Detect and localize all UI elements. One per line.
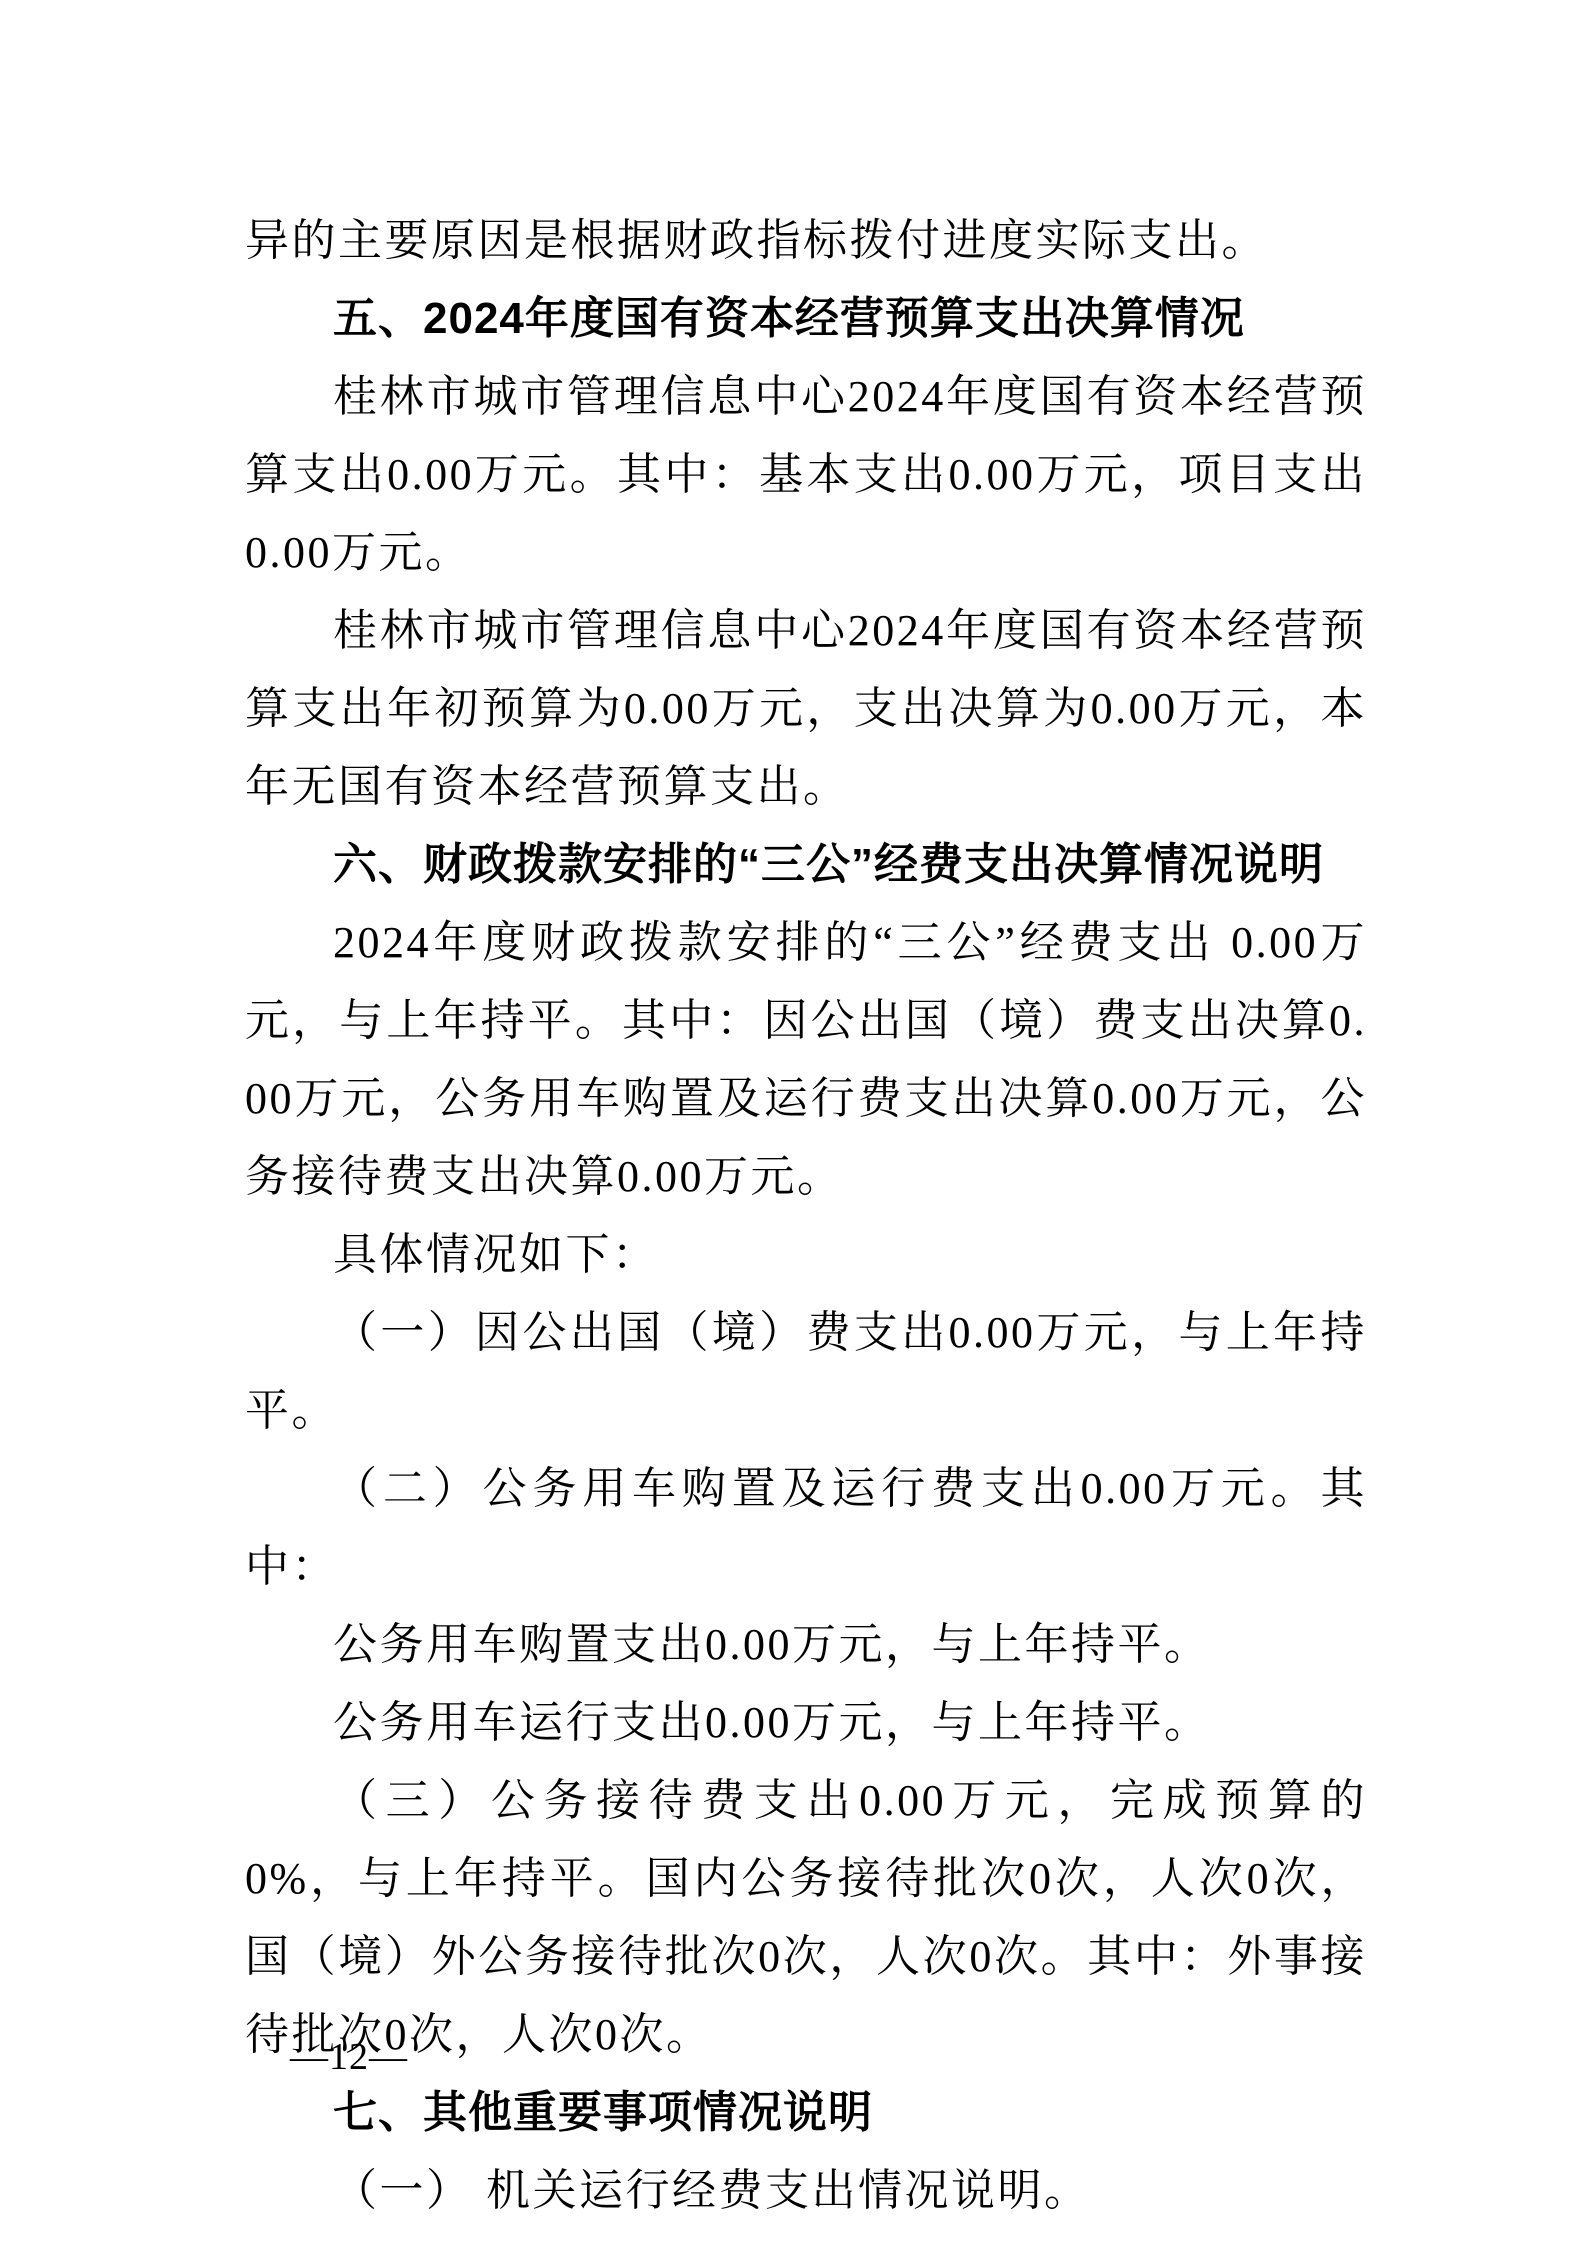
paragraph-item-3-official-reception: （三）公务接待费支出0.00万元，完成预算的0%，与上年持平。国内公务接待批次0… bbox=[245, 1762, 1367, 2074]
section-heading-6-three-public-expenses: 六、财政拨款安排的“三公”经费支出决算情况说明 bbox=[245, 826, 1367, 904]
section-heading-7-other-important-items: 七、其他重要事项情况说明 bbox=[245, 2074, 1367, 2152]
section-heading-5-state-capital-budget: 五、2024年度国有资本经营预算支出决算情况 bbox=[245, 280, 1367, 358]
page-number: —12— bbox=[290, 2036, 408, 2078]
document-page: 异的主要原因是根据财政指标拨付进度实际支出。 五、2024年度国有资本经营预算支… bbox=[0, 0, 1587, 2245]
paragraph-state-capital-budget-vs-final: 桂林市城市管理信息中心2024年度国有资本经营预算支出年初预算为0.00万元，支… bbox=[245, 592, 1367, 826]
paragraph-three-public-summary: 2024年度财政拨款安排的“三公”经费支出 0.00万元，与上年持平。其中：因公… bbox=[245, 904, 1367, 1216]
paragraph-item-2-official-vehicles: （二）公务用车购置及运行费支出0.00万元。其中： bbox=[245, 1450, 1367, 1606]
document-body: 异的主要原因是根据财政指标拨付进度实际支出。 五、2024年度国有资本经营预算支… bbox=[245, 202, 1367, 2230]
paragraph-agency-operating-expenses: （一） 机关运行经费支出情况说明。 bbox=[245, 2152, 1367, 2230]
paragraph-item-1-overseas-trips: （一）因公出国（境）费支出0.00万元，与上年持平。 bbox=[245, 1294, 1367, 1450]
paragraph-vehicle-operation: 公务用车运行支出0.00万元，与上年持平。 bbox=[245, 1684, 1367, 1762]
paragraph-vehicle-purchase: 公务用车购置支出0.00万元，与上年持平。 bbox=[245, 1606, 1367, 1684]
paragraph-difference-reason: 异的主要原因是根据财政指标拨付进度实际支出。 bbox=[245, 202, 1367, 280]
paragraph-details-intro: 具体情况如下： bbox=[245, 1216, 1367, 1294]
paragraph-state-capital-expenditure: 桂林市城市管理信息中心2024年度国有资本经营预算支出0.00万元。其中：基本支… bbox=[245, 358, 1367, 592]
